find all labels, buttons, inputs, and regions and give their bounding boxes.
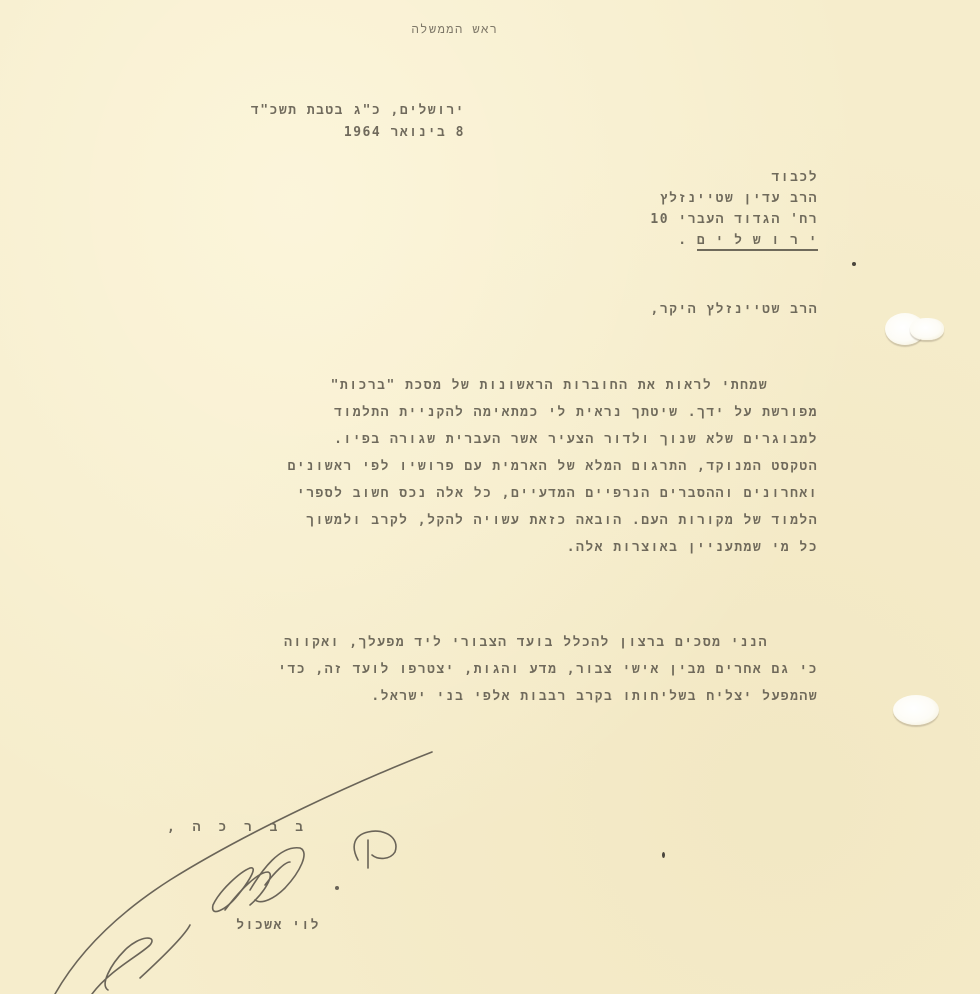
letterhead: ראש הממשלה bbox=[380, 22, 530, 37]
paragraph-2-line: הנני מסכים ברצון להכלל בועד הצבורי ליד מ… bbox=[128, 629, 818, 656]
paragraph-2-line: כי גם אחרים מבין אישי צבור, מדע והגות, י… bbox=[128, 656, 818, 683]
recipient-address: לכבוד הרב עדין שטיינזלץ רח' הגדוד העברי … bbox=[650, 167, 818, 251]
salutation: הרב שטיינזלץ היקר, bbox=[651, 302, 819, 317]
stray-mark bbox=[852, 262, 856, 266]
address-street: רח' הגדוד העברי 10 bbox=[650, 209, 818, 230]
hebrew-date: ירושלים, כ"ג בטבת תשכ"ד bbox=[251, 100, 465, 122]
paragraph-1: שמחתי לראות את החוברות הראשונות של מסכת … bbox=[128, 372, 818, 561]
paragraph-2-line: שהמפעל יצליח בשליחותו בקרב רבבות אלפי בנ… bbox=[128, 683, 818, 710]
address-city-suffix: . bbox=[678, 233, 697, 248]
punch-hole bbox=[910, 318, 944, 340]
paragraph-1-line: מפורשת על ידך. שיטתך נראית לי כמתאימה לה… bbox=[128, 399, 818, 426]
gregorian-date: 8 בינואר 1964 bbox=[251, 122, 465, 144]
paragraph-1-line: הלמוד של מקורות העם. הובאה כזאת עשויה לה… bbox=[128, 507, 818, 534]
paragraph-2: הנני מסכים ברצון להכלל בועד הצבורי ליד מ… bbox=[128, 629, 818, 710]
address-honorific: לכבוד bbox=[650, 167, 818, 188]
paragraph-1-line: שמחתי לראות את החוברות הראשונות של מסכת … bbox=[128, 372, 818, 399]
punch-hole bbox=[893, 695, 939, 725]
letter-paper: ראש הממשלה ירושלים, כ"ג בטבת תשכ"ד 8 בינ… bbox=[0, 0, 980, 994]
date-block: ירושלים, כ"ג בטבת תשכ"ד 8 בינואר 1964 bbox=[251, 100, 465, 144]
paragraph-1-line: הטקסט המנוקד, התרגום המלא של הארמית עם פ… bbox=[128, 453, 818, 480]
signer-name: לוי אשכול bbox=[236, 918, 320, 933]
address-city-line: י ר ו ש ל י ם . bbox=[650, 230, 818, 251]
stray-mark bbox=[662, 852, 665, 858]
address-city: י ר ו ש ל י ם bbox=[697, 233, 818, 251]
paragraph-1-line: כל מי שמתעניין באוצרות אלה. bbox=[128, 534, 818, 561]
address-name: הרב עדין שטיינזלץ bbox=[650, 188, 818, 209]
paragraph-1-line: למבוגרים שלא שנוך ולדור הצעיר אשר העברית… bbox=[128, 426, 818, 453]
paragraph-1-line: ואחרונים וההסברים הנרפיים המדעיים, כל אל… bbox=[128, 480, 818, 507]
closing: ב ב ר כ ה , bbox=[167, 820, 308, 835]
